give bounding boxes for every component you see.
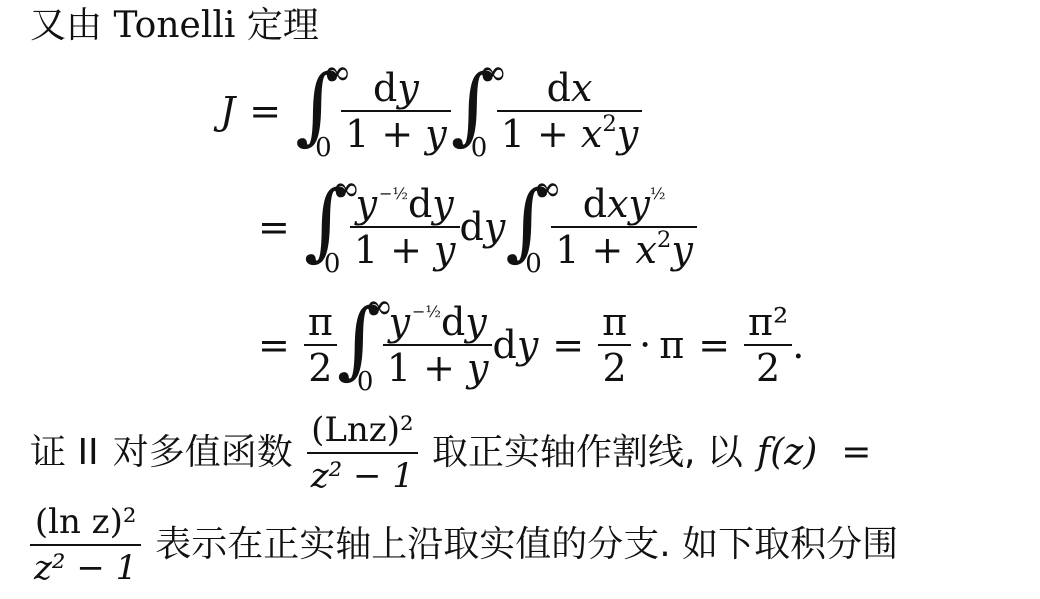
equals-sign: = xyxy=(552,323,584,367)
fraction-Lnz-squared: (Lnz)² z² − 1 xyxy=(307,408,418,498)
fraction-dx-y-half: dxy½ 1 + x2y xyxy=(551,182,697,272)
period: . xyxy=(792,323,804,367)
proof-text-b: 取正实轴作割线, 以 xyxy=(432,433,743,473)
equals-sign: = xyxy=(258,323,290,367)
integral-sign: ∫ ∞ 0 xyxy=(451,61,497,161)
pi-symbol: π xyxy=(659,323,684,367)
intro-suffix: 定理 xyxy=(247,5,319,46)
equation-line-1: J = ∫ ∞ 0 dy 1 + y ∫ ∞ 0 dx 1 + x2y xyxy=(220,56,642,166)
equals-sign: = xyxy=(258,205,290,249)
proof-text-a: 对多值函数 xyxy=(113,433,293,473)
fraction-lnz-squared: (ln z)² z² − 1 xyxy=(30,500,141,590)
equation-line-3: = π 2 ∫ ∞ 0 y−½dy 1 + y dy = π 2 · π = π… xyxy=(258,290,804,400)
equation-line-2: = ∫ ∞ 0 y−½dy 1 + y dy ∫ ∞ 0 dxy½ 1 + x2… xyxy=(258,172,697,282)
integral-sign: ∫ ∞ 0 xyxy=(304,177,350,277)
equals-sign: = xyxy=(249,89,281,133)
dy-term: dy xyxy=(492,323,538,367)
equals-sign: = xyxy=(841,433,871,473)
tonelli-name: Tonelli xyxy=(113,5,235,46)
integral-sign: ∫ ∞ 0 xyxy=(505,177,551,277)
proof-label: 证 II xyxy=(30,433,99,473)
proof-text-line2: 表示在正实轴上沿取实值的分支. 如下取积分围 xyxy=(155,525,898,565)
intro-prefix: 又由 xyxy=(30,5,102,46)
equals-sign: = xyxy=(698,323,730,367)
fraction-y-neg-half: y−½dy 1 + y xyxy=(383,300,493,390)
integral-sign: ∫ ∞ 0 xyxy=(337,295,383,395)
fraction-y-neg-half: y−½dy 1 + y xyxy=(350,182,460,272)
lhs-J: J xyxy=(220,89,235,133)
proof-line-1: 证 II 对多值函数 (Lnz)² z² − 1 取正实轴作割线, 以 f(z)… xyxy=(30,408,871,498)
fraction-dx: dx 1 + x2y xyxy=(497,66,643,156)
proof-line-2: (ln z)² z² − 1 表示在正实轴上沿取实值的分支. 如下取积分围 xyxy=(30,500,898,590)
fraction-pi-over-2: π 2 xyxy=(598,300,631,390)
intro-line: 又由 Tonelli 定理 xyxy=(30,6,319,46)
dy-term: dy xyxy=(460,205,506,249)
cdot: · xyxy=(639,323,651,367)
fraction-dy: dy 1 + y xyxy=(341,66,451,156)
integral-sign: ∫ ∞ 0 xyxy=(295,61,341,161)
fraction-pi-squared-over-2: π² 2 xyxy=(744,300,792,390)
f-of-z: f(z) xyxy=(757,433,817,473)
fraction-pi-over-2: π 2 xyxy=(304,300,337,390)
